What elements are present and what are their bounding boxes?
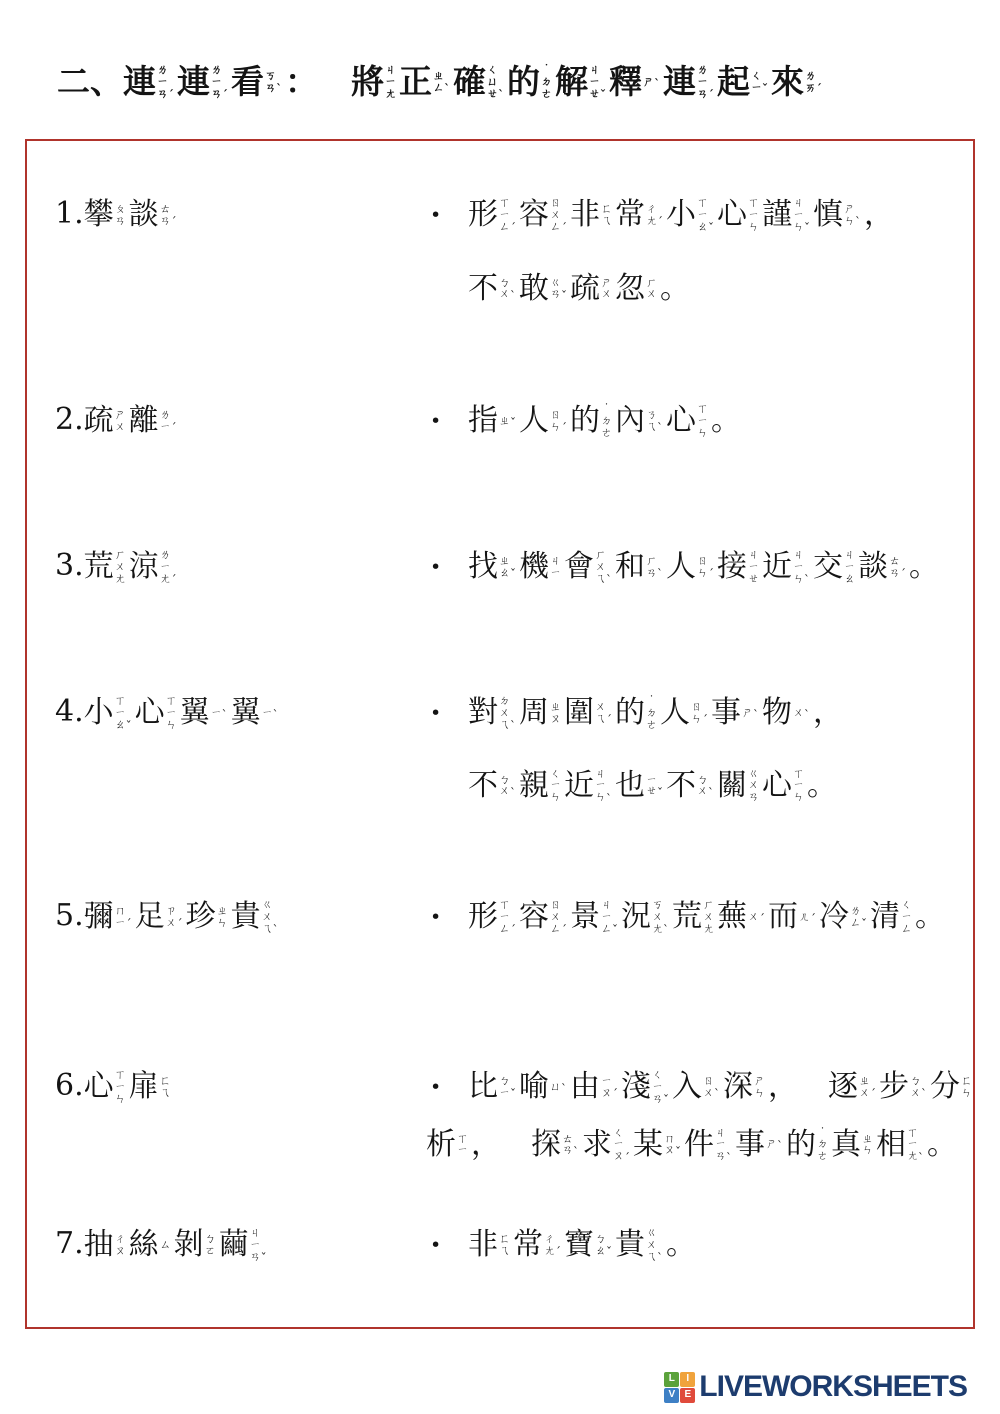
hanzi: 接 — [717, 548, 747, 586]
char-with-zhuyin: 解ㄐㄧㄝˇ — [555, 62, 606, 102]
hanzi: 況 — [621, 898, 651, 936]
char-with-zhuyin: 相ㄒㄧㄤˋ — [876, 1126, 924, 1164]
definition-line: 不ㄅㄨˋ親ㄑㄧㄣ近ㄐㄧㄣˋ也ㄧㄝˇ不ㄅㄨˋ關ㄍㄨㄢ心ㄒㄧㄣ。 — [468, 767, 843, 805]
char-with-zhuyin: 某ㄇㄡˇ — [633, 1126, 681, 1164]
text — [501, 1126, 531, 1164]
hanzi: 攀 — [84, 196, 114, 234]
term-number: 5. — [55, 898, 84, 934]
char-with-zhuyin: 內ㄋㄟˋ — [615, 402, 663, 440]
zhuyin-annotation: ㄅㄨˋ — [910, 1075, 927, 1098]
char-with-zhuyin: 和ㄏㄢˋ — [615, 548, 663, 586]
zhuyin-annotation: ㄕˋ — [742, 707, 759, 719]
char-with-zhuyin: 景ㄐㄧㄥˇ — [570, 898, 618, 936]
char-with-zhuyin: 清ㄑㄧㄥ — [870, 898, 912, 936]
match-row-5: 5.彌ㄇㄧˊ足ㄗㄨˊ珍ㄓㄣ貴ㄍㄨㄟˋ•形ㄒㄧㄥˊ容ㄖㄨㄥˊ景ㄐㄧㄥˇ況ㄎㄨㄤˋ荒… — [55, 898, 1000, 936]
text — [318, 62, 351, 102]
char-with-zhuyin: 連ㄌㄧㄢˊ — [123, 62, 174, 102]
zhuyin-annotation: ㄎㄨㄤˋ — [652, 899, 669, 934]
hanzi: 深 — [723, 1068, 753, 1106]
char-with-zhuyin: 忽ㄏㄨ — [615, 270, 657, 308]
hanzi: 事 — [735, 1126, 765, 1164]
hanzi: 析 — [426, 1126, 456, 1164]
zhuyin-annotation: ㄔㄡ — [115, 1233, 126, 1256]
hanzi: 會 — [564, 548, 594, 586]
char-with-zhuyin: 常ㄔㄤˊ — [513, 1226, 561, 1264]
zhuyin-annotation: ㄅㄧˇ — [499, 1075, 516, 1098]
char-with-zhuyin: 疏ㄕㄨ — [570, 270, 612, 308]
hanzi: 關 — [717, 767, 747, 805]
text: 。 — [666, 1226, 696, 1264]
zhuyin-annotation: ㄊㄢˋ — [562, 1133, 579, 1156]
char-with-zhuyin: 連ㄌㄧㄢˊ — [663, 62, 714, 102]
definition-line: 形ㄒㄧㄥˊ容ㄖㄨㄥˊ非ㄈㄟ常ㄔㄤˊ小ㄒㄧㄠˇ心ㄒㄧㄣ謹ㄐㄧㄣˇ慎ㄕㄣˋ， — [468, 196, 894, 234]
hanzi: 入 — [672, 1068, 702, 1106]
char-with-zhuyin: 深ㄕㄣ — [723, 1068, 765, 1106]
zhuyin-annotation: ㄓㄠˇ — [499, 555, 516, 578]
zhuyin-annotation: ㄙ — [160, 1239, 171, 1251]
match-row-7: 7.抽ㄔㄡ絲ㄙ剝ㄅㄛ繭ㄐㄧㄢˇ•非ㄈㄟ常ㄔㄤˊ寶ㄅㄠˇ貴ㄍㄨㄟˋ。 — [55, 1226, 1000, 1264]
match-dot[interactable]: • — [430, 1068, 468, 1106]
liveworksheets-icon: LIVE — [664, 1372, 695, 1403]
char-with-zhuyin: 周ㄓㄡ — [519, 694, 561, 732]
char-with-zhuyin: 形ㄒㄧㄥˊ — [468, 898, 516, 936]
definition-line: 比ㄅㄧˇ喻ㄩˋ由ㄧㄡˊ淺ㄑㄧㄢˇ入ㄖㄨˋ深ㄕㄣ， 逐ㄓㄨˊ步ㄅㄨˋ分ㄈㄣ — [468, 1068, 975, 1106]
match-dot[interactable]: • — [430, 1226, 468, 1264]
hanzi: 翼 — [180, 694, 210, 732]
term-7[interactable]: 7.抽ㄔㄡ絲ㄙ剝ㄅㄛ繭ㄐㄧㄢˇ — [55, 1226, 270, 1264]
hanzi: 相 — [876, 1126, 906, 1164]
definition-text[interactable]: 指ㄓˇ人ㄖㄣˊ的˙ㄉㄜ內ㄋㄟˋ心ㄒㄧㄣ。 — [468, 402, 741, 440]
zhuyin-annotation: ㄒㄧㄤˋ — [907, 1127, 924, 1162]
char-with-zhuyin: 近ㄐㄧㄣˋ — [564, 767, 612, 805]
hanzi: 起 — [717, 62, 750, 102]
char-with-zhuyin: 容ㄖㄨㄥˊ — [519, 898, 567, 936]
zhuyin-annotation: ㄍㄨㄟˋ — [262, 899, 279, 934]
char-with-zhuyin: 常ㄔㄤˊ — [615, 196, 663, 234]
hanzi: 圍 — [564, 694, 594, 732]
hanzi: 的 — [507, 62, 540, 102]
text: 。 — [927, 1126, 957, 1164]
zhuyin-annotation: ˙ㄉㄜ — [541, 64, 552, 99]
hanzi: 心 — [717, 196, 747, 234]
text: 。 — [807, 767, 837, 805]
char-with-zhuyin: 析ㄒㄧ — [426, 1126, 468, 1164]
hanzi: 釋 — [609, 62, 642, 102]
char-with-zhuyin: 談ㄊㄢˊ — [129, 196, 177, 234]
match-row-6: 6.心ㄒㄧㄣ扉ㄈㄟ•比ㄅㄧˇ喻ㄩˋ由ㄧㄡˊ淺ㄑㄧㄢˇ入ㄖㄨˋ深ㄕㄣ， 逐ㄓㄨˊ步… — [55, 1068, 1000, 1106]
hanzi: 非 — [570, 196, 600, 234]
hanzi: 談 — [858, 548, 888, 586]
zhuyin-annotation: ㄈㄟ — [499, 1233, 510, 1256]
zhuyin-annotation: ˙ㄉㄜ — [817, 1127, 828, 1162]
zhuyin-annotation: ㄓˇ — [499, 415, 516, 427]
zhuyin-annotation: ㄒㄧㄠˇ — [115, 695, 132, 730]
zhuyin-annotation: ㄨˋ — [793, 707, 810, 719]
zhuyin-annotation: ㄌㄧㄤˊ — [160, 549, 177, 584]
hanzi: 形 — [468, 196, 498, 234]
hanzi: 也 — [615, 767, 645, 805]
zhuyin-annotation: ㄧˋ — [262, 707, 279, 719]
char-with-zhuyin: 步ㄅㄨˋ — [879, 1068, 927, 1106]
hanzi: 彌 — [84, 898, 114, 936]
char-with-zhuyin: 彌ㄇㄧˊ — [84, 898, 132, 936]
hanzi: 解 — [555, 62, 588, 102]
char-with-zhuyin: 荒ㄏㄨㄤ — [84, 548, 126, 586]
zhuyin-annotation: ㄧˋ — [211, 707, 228, 719]
char-with-zhuyin: 比ㄅㄧˇ — [468, 1068, 516, 1106]
hanzi: 荒 — [84, 548, 114, 586]
hanzi: 敢 — [519, 270, 549, 308]
char-with-zhuyin: 人ㄖㄣˊ — [519, 402, 567, 440]
char-with-zhuyin: 看ㄎㄢˋ — [231, 62, 282, 102]
zhuyin-annotation: ㄒㄧㄣ — [793, 768, 804, 803]
char-with-zhuyin: 對ㄉㄨㄟˋ — [468, 694, 516, 732]
zhuyin-annotation: ㄏㄨㄤ — [115, 549, 126, 584]
char-with-zhuyin: 小ㄒㄧㄠˇ — [84, 694, 132, 732]
char-with-zhuyin: 蕪ㄨˊ — [717, 898, 765, 936]
zhuyin-annotation: ㄧㄝˇ — [646, 774, 663, 797]
zhuyin-annotation: ㄇㄡˇ — [664, 1133, 681, 1156]
zhuyin-annotation: ㄏㄢˋ — [646, 555, 663, 578]
zhuyin-annotation: ㄑㄧㄡˊ — [613, 1127, 630, 1162]
definition-line: 對ㄉㄨㄟˋ周ㄓㄡ圍ㄨㄟˊ的˙ㄉㄜ人ㄖㄣˊ事ㄕˋ物ㄨˋ， — [468, 694, 843, 732]
char-with-zhuyin: 疏ㄕㄨ — [84, 402, 126, 440]
hanzi: 件 — [684, 1126, 714, 1164]
zhuyin-annotation: ˙ㄉㄜ — [601, 403, 612, 438]
zhuyin-annotation: ㄔㄤˊ — [646, 203, 663, 226]
zhuyin-annotation: ㄋㄟˋ — [646, 409, 663, 432]
zhuyin-annotation: ㄑㄧㄣ — [550, 768, 561, 803]
hanzi: 離 — [129, 402, 159, 440]
logo-square-i: I — [680, 1372, 695, 1387]
zhuyin-annotation: ㄕㄨ — [601, 277, 612, 300]
definition-2: •指ㄓˇ人ㄖㄣˊ的˙ㄉㄜ內ㄋㄟˋ心ㄒㄧㄣ。 — [430, 402, 741, 440]
char-with-zhuyin: 入ㄖㄨˋ — [672, 1068, 720, 1106]
match-row-2: 2.疏ㄕㄨ離ㄌㄧˊ•指ㄓˇ人ㄖㄣˊ的˙ㄉㄜ內ㄋㄟˋ心ㄒㄧㄣ。 — [55, 402, 1000, 440]
definition-text[interactable]: 對ㄉㄨㄟˋ周ㄓㄡ圍ㄨㄟˊ的˙ㄉㄜ人ㄖㄣˊ事ㄕˋ物ㄨˋ，不ㄅㄨˋ親ㄑㄧㄣ近ㄐㄧㄣˋ… — [468, 694, 843, 804]
char-with-zhuyin: 涼ㄌㄧㄤˊ — [129, 548, 177, 586]
match-row-4: 4.小ㄒㄧㄠˇ心ㄒㄧㄣ翼ㄧˋ翼ㄧˋ•對ㄉㄨㄟˋ周ㄓㄡ圍ㄨㄟˊ的˙ㄉㄜ人ㄖㄣˊ事ㄕ… — [55, 694, 1000, 732]
hanzi: 看 — [231, 62, 264, 102]
char-with-zhuyin: 淺ㄑㄧㄢˇ — [621, 1068, 669, 1106]
zhuyin-annotation: ㄍㄨㄟˋ — [646, 1227, 663, 1262]
hanzi: 近 — [564, 767, 594, 805]
hanzi: 繭 — [219, 1226, 249, 1264]
hanzi: 景 — [570, 898, 600, 936]
char-with-zhuyin: 貴ㄍㄨㄟˋ — [615, 1226, 663, 1264]
char-with-zhuyin: 物ㄨˋ — [762, 694, 810, 732]
zhuyin-annotation: ㄏㄨ — [646, 277, 657, 300]
definition-text[interactable]: 非ㄈㄟ常ㄔㄤˊ寶ㄅㄠˇ貴ㄍㄨㄟˋ。 — [468, 1226, 696, 1264]
hanzi: 疏 — [84, 402, 114, 440]
zhuyin-annotation: ㄓㄥˋ — [433, 70, 450, 93]
zhuyin-annotation: ㄗㄨˊ — [166, 905, 183, 928]
char-with-zhuyin: 離ㄌㄧˊ — [129, 402, 177, 440]
char-with-zhuyin: 的˙ㄉㄜ — [570, 402, 612, 440]
char-with-zhuyin: 慎ㄕㄣˋ — [813, 196, 861, 234]
zhuyin-annotation: ㄕㄨ — [115, 409, 126, 432]
term-3[interactable]: 3.荒ㄏㄨㄤ涼ㄌㄧㄤˊ — [55, 548, 180, 586]
match-dot[interactable]: • — [430, 548, 468, 586]
term-number: 6. — [55, 1068, 84, 1104]
char-with-zhuyin: 而ㄦˊ — [768, 898, 816, 936]
char-with-zhuyin: 指ㄓˇ — [468, 402, 516, 440]
zhuyin-annotation: ㄎㄢˋ — [265, 70, 282, 93]
hanzi: 心 — [762, 767, 792, 805]
char-with-zhuyin: 關ㄍㄨㄢ — [717, 767, 759, 805]
char-with-zhuyin: 非ㄈㄟ — [570, 196, 612, 234]
text: ： — [285, 62, 318, 102]
hanzi: 涼 — [129, 548, 159, 586]
match-dot[interactable]: • — [430, 196, 468, 234]
zhuyin-annotation: ㄕㄣ — [754, 1075, 765, 1098]
zhuyin-annotation: ㄐㄧ — [550, 555, 561, 578]
char-with-zhuyin: 謹ㄐㄧㄣˇ — [762, 196, 810, 234]
zhuyin-annotation: ㄏㄨㄟˋ — [595, 549, 612, 584]
hanzi: 連 — [663, 62, 696, 102]
term-number: 2. — [55, 402, 84, 438]
definition-line: 指ㄓˇ人ㄖㄣˊ的˙ㄉㄜ內ㄋㄟˋ心ㄒㄧㄣ。 — [468, 402, 741, 440]
zhuyin-annotation: ㄖㄨㄥˊ — [550, 197, 567, 232]
char-with-zhuyin: 況ㄎㄨㄤˋ — [621, 898, 669, 936]
section-title: 二、連ㄌㄧㄢˊ連ㄌㄧㄢˊ看ㄎㄢˋ： 將ㄐㄧㄤ正ㄓㄥˋ確ㄑㄩㄝˋ的˙ㄉㄜ解ㄐㄧㄝˇ… — [57, 62, 825, 102]
term-number: 7. — [55, 1226, 84, 1262]
definition-line: 不ㄅㄨˋ敢ㄍㄢˇ疏ㄕㄨ忽ㄏㄨ。 — [468, 270, 894, 308]
char-with-zhuyin: 非ㄈㄟ — [468, 1226, 510, 1264]
zhuyin-annotation: ㄅㄠˇ — [595, 1233, 612, 1256]
char-with-zhuyin: 容ㄖㄨㄥˊ — [519, 196, 567, 234]
zhuyin-annotation: ㄐㄧㄤ — [385, 64, 396, 99]
hanzi: 心 — [666, 402, 696, 440]
char-with-zhuyin: 攀ㄆㄢ — [84, 196, 126, 234]
zhuyin-annotation: ㄕㄣˋ — [844, 203, 861, 226]
hanzi: 人 — [666, 548, 696, 586]
hanzi: 分 — [930, 1068, 960, 1106]
char-with-zhuyin: 來ㄌㄞˊ — [771, 62, 822, 102]
char-with-zhuyin: 事ㄕˋ — [711, 694, 759, 732]
char-with-zhuyin: 接ㄐㄧㄝ — [717, 548, 759, 586]
definition-text[interactable]: 形ㄒㄧㄥˊ容ㄖㄨㄥˊ景ㄐㄧㄥˇ況ㄎㄨㄤˋ荒ㄏㄨㄤ蕪ㄨˊ而ㄦˊ冷ㄌㄥˇ清ㄑㄧㄥ。 — [468, 898, 945, 936]
hanzi: 冷 — [819, 898, 849, 936]
zhuyin-annotation: ㄩˋ — [550, 1081, 567, 1093]
term-number: 4. — [55, 694, 84, 730]
hanzi: 探 — [531, 1126, 561, 1164]
zhuyin-annotation: ㄌㄞˊ — [805, 70, 822, 93]
match-dot[interactable]: • — [430, 898, 468, 936]
zhuyin-annotation: ㄒㄧㄣ — [166, 695, 177, 730]
zhuyin-annotation: ㄍㄢˇ — [550, 277, 567, 300]
definition-text[interactable]: 找ㄓㄠˇ機ㄐㄧ會ㄏㄨㄟˋ和ㄏㄢˋ人ㄖㄣˊ接ㄐㄧㄝ近ㄐㄧㄣˋ交ㄐㄧㄠ談ㄊㄢˊ。 — [468, 548, 939, 586]
char-with-zhuyin: 心ㄒㄧㄣ — [666, 402, 708, 440]
zhuyin-annotation: ㄅㄨˋ — [499, 774, 516, 797]
hanzi: 不 — [666, 767, 696, 805]
char-with-zhuyin: 分ㄈㄣ — [930, 1068, 972, 1106]
match-row-1: 1.攀ㄆㄢ談ㄊㄢˊ•形ㄒㄧㄥˊ容ㄖㄨㄥˊ非ㄈㄟ常ㄔㄤˊ小ㄒㄧㄠˇ心ㄒㄧㄣ謹ㄐㄧㄣ… — [55, 196, 1000, 234]
zhuyin-annotation: ㄆㄢ — [115, 203, 126, 226]
term-6[interactable]: 6.心ㄒㄧㄣ扉ㄈㄟ — [55, 1068, 174, 1106]
zhuyin-annotation: ㄊㄢˊ — [160, 203, 177, 226]
hanzi: 剝 — [174, 1226, 204, 1264]
hanzi: 比 — [468, 1068, 498, 1106]
hanzi: 絲 — [129, 1226, 159, 1264]
zhuyin-annotation: ㄧㄡˊ — [601, 1075, 618, 1098]
hanzi: 機 — [519, 548, 549, 586]
text: 。 — [660, 270, 690, 308]
hanzi: 人 — [660, 694, 690, 732]
match-dot[interactable]: • — [430, 402, 468, 440]
char-with-zhuyin: 釋ㄕˋ — [609, 62, 660, 102]
definition-line: 析ㄒㄧ， 探ㄊㄢˋ求ㄑㄧㄡˊ某ㄇㄡˇ件ㄐㄧㄢˋ事ㄕˋ的˙ㄉㄜ真ㄓㄣ相ㄒㄧㄤˋ。 — [426, 1126, 975, 1164]
zhuyin-annotation: ㄐㄧㄝ — [748, 549, 759, 584]
char-with-zhuyin: 求ㄑㄧㄡˊ — [582, 1126, 630, 1164]
text: 。 — [711, 402, 741, 440]
char-with-zhuyin: 談ㄊㄢˊ — [858, 548, 906, 586]
hanzi: 荒 — [672, 898, 702, 936]
hanzi: 人 — [519, 402, 549, 440]
char-with-zhuyin: 剝ㄅㄛ — [174, 1226, 216, 1264]
hanzi: 將 — [351, 62, 384, 102]
char-with-zhuyin: 人ㄖㄣˊ — [666, 548, 714, 586]
hanzi: 心 — [84, 1068, 114, 1106]
zhuyin-annotation: ㄒㄧ — [457, 1133, 468, 1156]
term-4[interactable]: 4.小ㄒㄧㄠˇ心ㄒㄧㄣ翼ㄧˋ翼ㄧˋ — [55, 694, 282, 732]
char-with-zhuyin: 的˙ㄉㄜ — [507, 62, 552, 102]
hanzi: 常 — [513, 1226, 543, 1264]
char-with-zhuyin: 起ㄑㄧˇ — [717, 62, 768, 102]
hanzi: 來 — [771, 62, 804, 102]
definition-3: •找ㄓㄠˇ機ㄐㄧ會ㄏㄨㄟˋ和ㄏㄢˋ人ㄖㄣˊ接ㄐㄧㄝ近ㄐㄧㄣˋ交ㄐㄧㄠ談ㄊㄢˊ。 — [430, 548, 939, 586]
char-with-zhuyin: 抽ㄔㄡ — [84, 1226, 126, 1264]
zhuyin-annotation: ㄕˋ — [766, 1138, 783, 1150]
hanzi: 疏 — [570, 270, 600, 308]
char-with-zhuyin: 人ㄖㄣˊ — [660, 694, 708, 732]
char-with-zhuyin: 心ㄒㄧㄣ — [717, 196, 759, 234]
definition-text[interactable]: 形ㄒㄧㄥˊ容ㄖㄨㄥˊ非ㄈㄟ常ㄔㄤˊ小ㄒㄧㄠˇ心ㄒㄧㄣ謹ㄐㄧㄣˇ慎ㄕㄣˋ，不ㄅㄨˋ… — [468, 196, 894, 307]
zhuyin-annotation: ㄐㄧㄢˋ — [715, 1127, 732, 1162]
char-with-zhuyin: 正ㄓㄥˋ — [399, 62, 450, 102]
char-with-zhuyin: 貴ㄍㄨㄟˋ — [231, 898, 279, 936]
match-row-3: 3.荒ㄏㄨㄤ涼ㄌㄧㄤˊ•找ㄓㄠˇ機ㄐㄧ會ㄏㄨㄟˋ和ㄏㄢˋ人ㄖㄣˊ接ㄐㄧㄝ近ㄐㄧㄣ… — [55, 548, 1000, 586]
zhuyin-annotation: ㄌㄥˇ — [850, 905, 867, 928]
char-with-zhuyin: 不ㄅㄨˋ — [468, 270, 516, 308]
char-with-zhuyin: 形ㄒㄧㄥˊ — [468, 196, 516, 234]
zhuyin-annotation: ㄨㄟˊ — [595, 701, 612, 724]
term-1[interactable]: 1.攀ㄆㄢ談ㄊㄢˊ — [55, 196, 180, 234]
match-dot[interactable]: • — [430, 694, 468, 732]
worksheet-page: 二、連ㄌㄧㄢˊ連ㄌㄧㄢˊ看ㄎㄢˋ： 將ㄐㄧㄤ正ㄓㄥˋ確ㄑㄩㄝˋ的˙ㄉㄜ解ㄐㄧㄝˇ… — [0, 0, 1000, 1414]
zhuyin-annotation: ㄐㄧㄢˇ — [250, 1227, 267, 1262]
hanzi: 某 — [633, 1126, 663, 1164]
definition-text[interactable]: 比ㄅㄧˇ喻ㄩˋ由ㄧㄡˊ淺ㄑㄧㄢˇ入ㄖㄨˋ深ㄕㄣ， 逐ㄓㄨˊ步ㄅㄨˋ分ㄈㄣ析ㄒㄧ，… — [468, 1068, 975, 1163]
hanzi: 謹 — [762, 196, 792, 234]
char-with-zhuyin: 足ㄗㄨˊ — [135, 898, 183, 936]
char-with-zhuyin: 會ㄏㄨㄟˋ — [564, 548, 612, 586]
zhuyin-annotation: ㄉㄨㄟˋ — [499, 695, 516, 730]
hanzi: 的 — [615, 694, 645, 732]
char-with-zhuyin: 不ㄅㄨˋ — [468, 767, 516, 805]
char-with-zhuyin: 心ㄒㄧㄣ — [762, 767, 804, 805]
hanzi: 談 — [129, 196, 159, 234]
char-with-zhuyin: 確ㄑㄩㄝˋ — [453, 62, 504, 102]
text: ， — [864, 196, 894, 234]
zhuyin-annotation: ㄓㄣ — [217, 905, 228, 928]
zhuyin-annotation: ㄖㄨˋ — [703, 1075, 720, 1098]
hanzi: 由 — [570, 1068, 600, 1106]
zhuyin-annotation: ㄊㄢˊ — [889, 555, 906, 578]
hanzi: 事 — [711, 694, 741, 732]
liveworksheets-logo[interactable]: LIVE LIVEWORKSHEETS — [664, 1370, 967, 1404]
zhuyin-annotation: ㄒㄧㄠˇ — [697, 197, 714, 232]
hanzi: 逐 — [828, 1068, 858, 1106]
char-with-zhuyin: 繭ㄐㄧㄢˇ — [219, 1226, 267, 1264]
text: 二、 — [57, 62, 123, 102]
zhuyin-annotation: ㄈㄟ — [601, 203, 612, 226]
char-with-zhuyin: 件ㄐㄧㄢˋ — [684, 1126, 732, 1164]
term-5[interactable]: 5.彌ㄇㄧˊ足ㄗㄨˊ珍ㄓㄣ貴ㄍㄨㄟˋ — [55, 898, 282, 936]
hanzi: 蕪 — [717, 898, 747, 936]
hanzi: 找 — [468, 548, 498, 586]
hanzi: 小 — [666, 196, 696, 234]
term-2[interactable]: 2.疏ㄕㄨ離ㄌㄧˊ — [55, 402, 180, 440]
text: ， — [471, 1126, 501, 1164]
hanzi: 不 — [468, 270, 498, 308]
zhuyin-annotation: ㄑㄩㄝˋ — [487, 64, 504, 99]
zhuyin-annotation: ㄐㄧㄥˇ — [601, 899, 618, 934]
zhuyin-annotation: ㄖㄣˊ — [697, 555, 714, 578]
zhuyin-annotation: ㄦˊ — [799, 911, 816, 923]
zhuyin-annotation: ㄌㄧㄢˊ — [697, 64, 714, 99]
definition-7: •非ㄈㄟ常ㄔㄤˊ寶ㄅㄠˇ貴ㄍㄨㄟˋ。 — [430, 1226, 696, 1264]
char-with-zhuyin: 逐ㄓㄨˊ — [828, 1068, 876, 1106]
hanzi: 喻 — [519, 1068, 549, 1106]
zhuyin-annotation: ㄔㄤˊ — [544, 1233, 561, 1256]
hanzi: 確 — [453, 62, 486, 102]
hanzi: 周 — [519, 694, 549, 732]
zhuyin-annotation: ㄅㄨˋ — [697, 774, 714, 797]
hanzi: 貴 — [231, 898, 261, 936]
char-with-zhuyin: 心ㄒㄧㄣ — [135, 694, 177, 732]
char-with-zhuyin: 事ㄕˋ — [735, 1126, 783, 1164]
char-with-zhuyin: 的˙ㄉㄜ — [786, 1126, 828, 1164]
definition-4: •對ㄉㄨㄟˋ周ㄓㄡ圍ㄨㄟˊ的˙ㄉㄜ人ㄖㄣˊ事ㄕˋ物ㄨˋ，不ㄅㄨˋ親ㄑㄧㄣ近ㄐㄧㄣ… — [430, 694, 843, 804]
char-with-zhuyin: 親ㄑㄧㄣ — [519, 767, 561, 805]
hanzi: 和 — [615, 548, 645, 586]
hanzi: 小 — [84, 694, 114, 732]
hanzi: 淺 — [621, 1068, 651, 1106]
zhuyin-annotation: ㄐㄧㄣˋ — [595, 768, 612, 803]
zhuyin-annotation: ㄈㄟ — [160, 1075, 171, 1098]
logo-square-e: E — [680, 1388, 695, 1403]
zhuyin-annotation: ㄕˋ — [643, 76, 660, 88]
char-with-zhuyin: 珍ㄓㄣ — [186, 898, 228, 936]
hanzi: 步 — [879, 1068, 909, 1106]
zhuyin-annotation: ㄓㄣ — [862, 1133, 873, 1156]
char-with-zhuyin: 小ㄒㄧㄠˇ — [666, 196, 714, 234]
text: ， — [813, 694, 843, 732]
liveworksheets-wordmark: LIVEWORKSHEETS — [699, 1370, 967, 1404]
hanzi: 足 — [135, 898, 165, 936]
zhuyin-annotation: ㄅㄨˋ — [499, 277, 516, 300]
term-number: 3. — [55, 548, 84, 584]
hanzi: 心 — [135, 694, 165, 732]
char-with-zhuyin: 由ㄧㄡˊ — [570, 1068, 618, 1106]
definition-line: 非ㄈㄟ常ㄔㄤˊ寶ㄅㄠˇ貴ㄍㄨㄟˋ。 — [468, 1226, 696, 1264]
logo-square-v: V — [664, 1388, 679, 1403]
hanzi: 交 — [813, 548, 843, 586]
hanzi: 扉 — [129, 1068, 159, 1106]
char-with-zhuyin: 的˙ㄉㄜ — [615, 694, 657, 732]
hanzi: 指 — [468, 402, 498, 440]
